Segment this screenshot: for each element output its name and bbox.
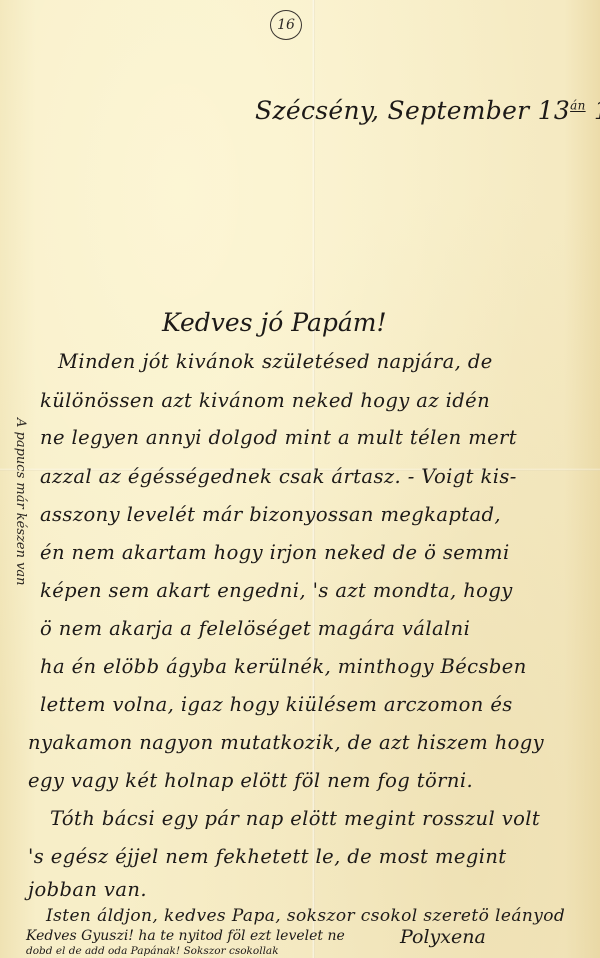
body-line: ö nem akarja a felelöséget magára válaln…: [40, 617, 470, 640]
body-line: különössen azt kivánom neked hogy az idé…: [40, 389, 490, 412]
margin-note: A papucs már készen van: [13, 418, 28, 586]
body-line: én nem akartam hogy irjon neked de ö sem…: [40, 541, 510, 564]
circled-page-number: 16: [270, 10, 302, 40]
salutation: Kedves jó Papám!: [162, 308, 387, 337]
body-line: nyakamon nagyon mutatkozik, de azt hisze…: [28, 731, 544, 754]
dateline: Szécsény, September 13án 1871.: [255, 96, 600, 125]
body-line: 's egész éjjel nem fekhetett le, de most…: [28, 845, 507, 868]
postscript-line: dobd el de add oda Papának! Sokszor csok…: [26, 945, 279, 957]
body-line: azzal az égésségednek csak ártasz. - Voi…: [40, 465, 517, 488]
body-line: képen sem akart engedni, 's azt mondta, …: [40, 579, 513, 602]
dateline-place-date: Szécsény, September 13: [255, 96, 570, 125]
body-line: ha én elöbb ágyba kerülnék, minthogy Béc…: [40, 655, 527, 678]
body-line: Tóth bácsi egy pár nap elött megint ross…: [50, 807, 540, 830]
dateline-superscript: án: [570, 99, 585, 113]
body-line: Minden jót kivánok születésed napjára, d…: [58, 350, 493, 373]
body-line: ne legyen annyi dolgod mint a mult télen…: [40, 426, 517, 449]
letter-page: 16 Szécsény, September 13án 1871. Kedves…: [0, 0, 600, 958]
closing-line: Isten áldjon, kedves Papa, sokszor csoko…: [46, 906, 565, 926]
body-line: jobban van.: [28, 878, 147, 901]
body-line: egy vagy két holnap elött föl nem fog tö…: [28, 769, 473, 792]
dateline-year: 1871.: [594, 96, 600, 125]
body-line: lettem volna, igaz hogy kiülésem arczomo…: [40, 693, 513, 716]
body-line: asszony levelét már bizonyossan megkapta…: [40, 503, 501, 526]
postscript-line: Kedves Gyuszi! ha te nyitod föl ezt leve…: [26, 928, 345, 944]
signature: Polyxena: [400, 926, 486, 948]
